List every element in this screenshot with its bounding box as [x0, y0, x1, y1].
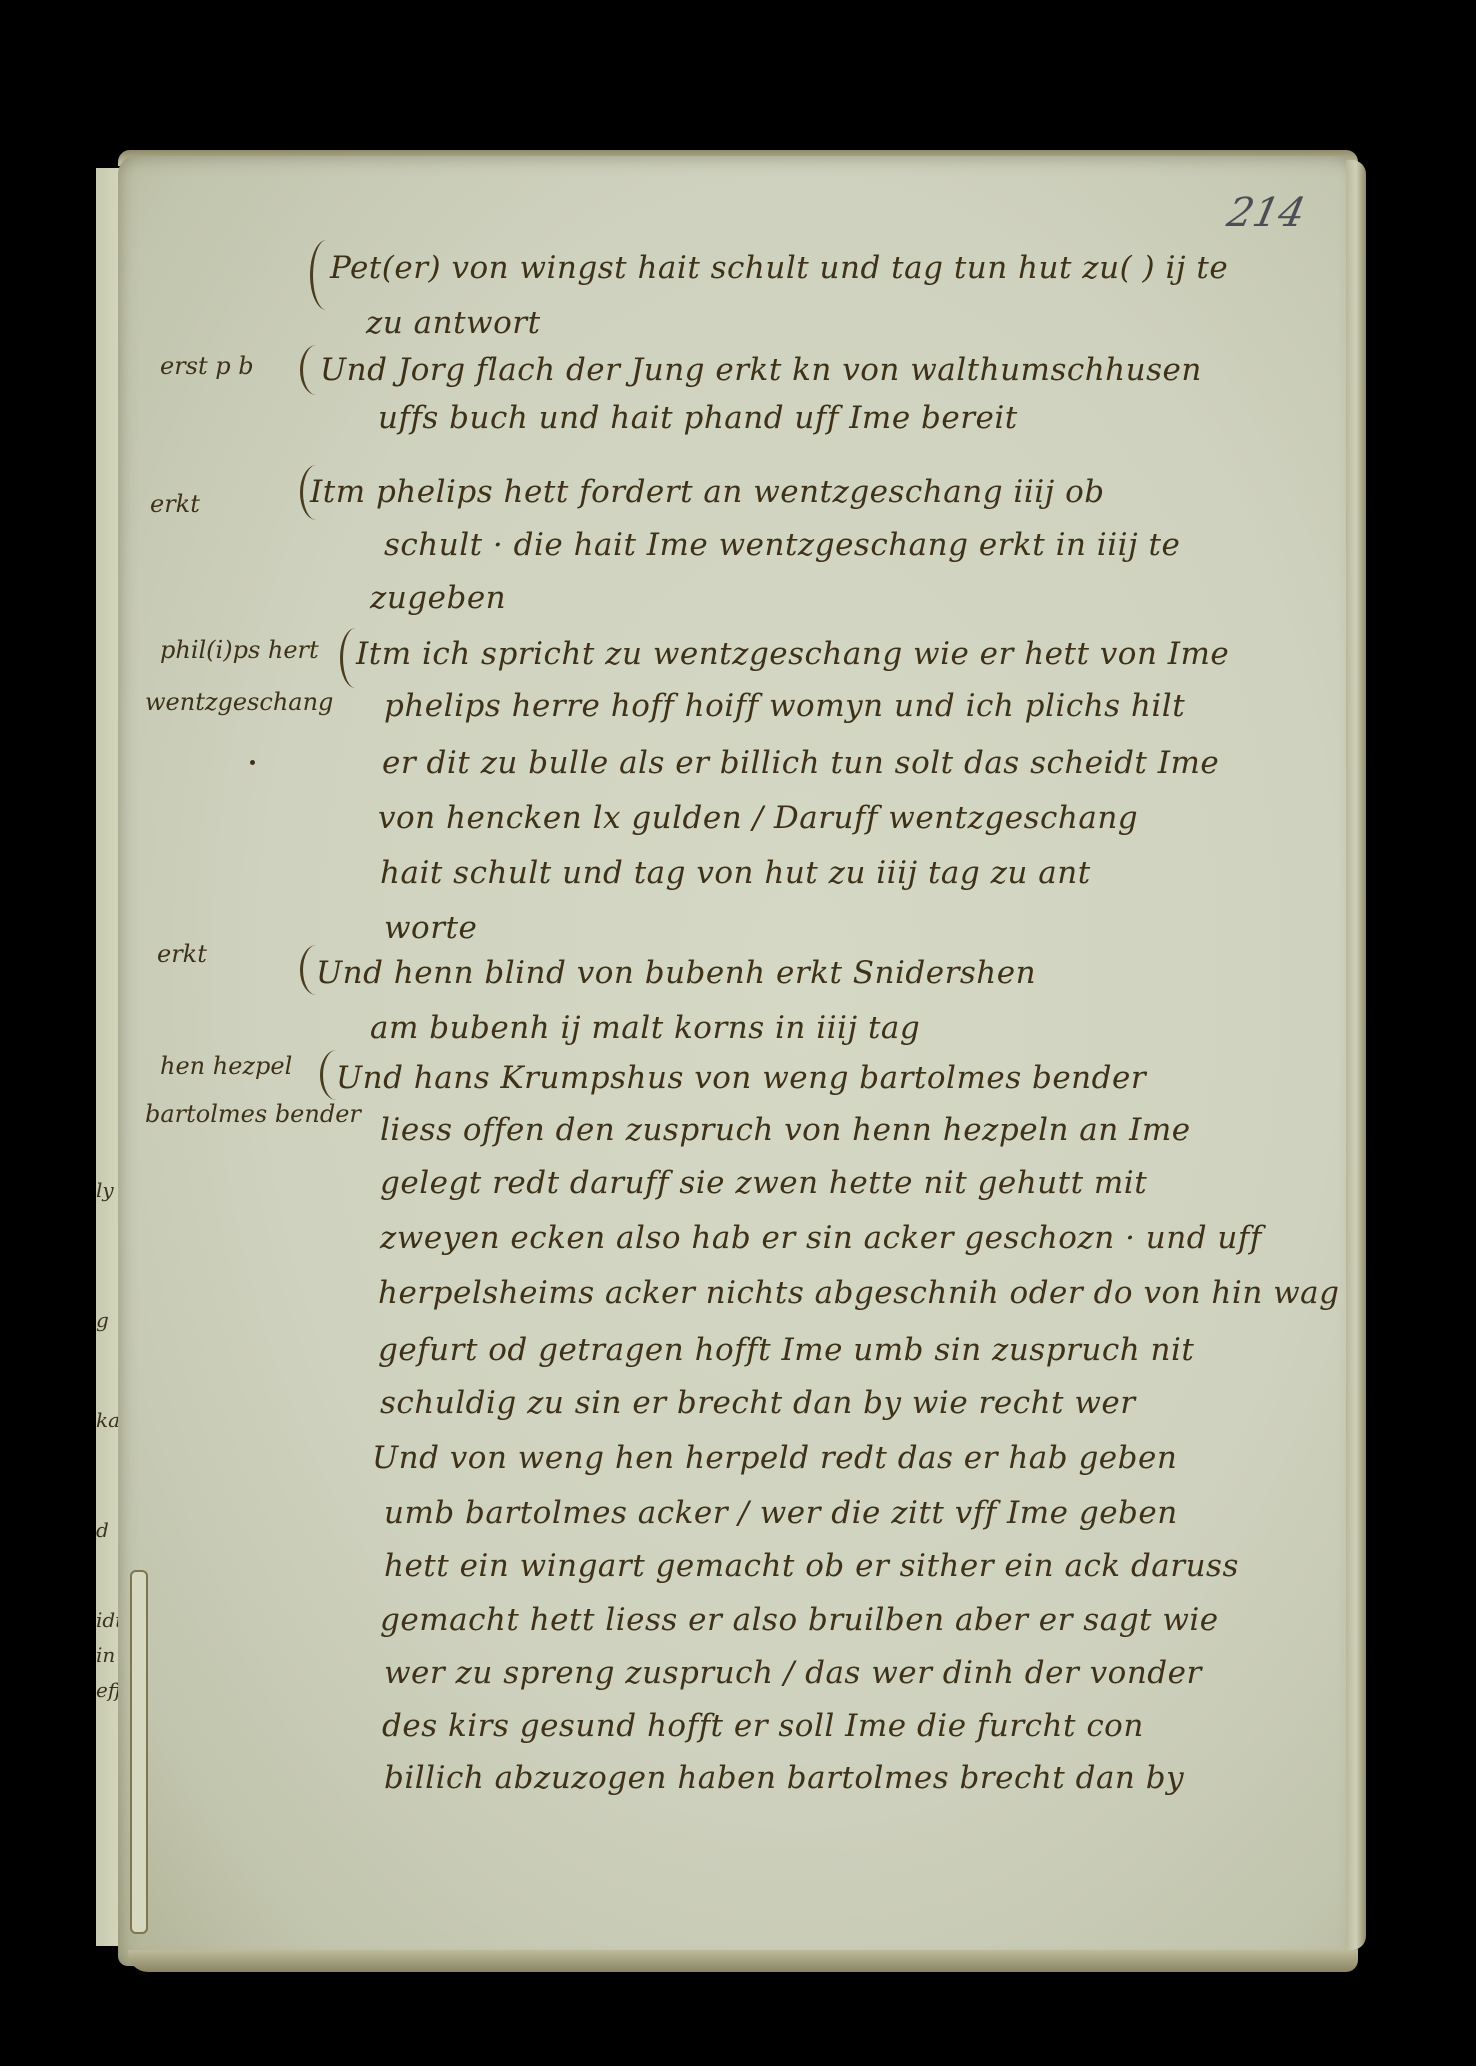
binding-gutter-strip [130, 1570, 148, 1934]
text-line: gelegt redt daruff sie zwen hette nit ge… [380, 1165, 1147, 1201]
text-line: Itm ich spricht zu wentzgeschang wie er … [356, 636, 1229, 672]
text-line: Pet(er) von wingst hait schult und tag t… [330, 250, 1228, 286]
text-line: uffs buch und hait phand uff Ime bereit [378, 400, 1018, 436]
text-line: Und Jorg flach der Jung erkt kn von walt… [320, 352, 1202, 388]
text-line: phelips herre hoff hoiff womyn und ich p… [384, 688, 1185, 724]
text-line: Und henn blind von bubenh erkt Snidershe… [316, 955, 1036, 991]
text-line: von hencken lx gulden / Daruff wentzgesc… [378, 800, 1138, 836]
text-line: zu antwort [366, 305, 541, 341]
text-line: Und von weng hen herpeld redt das er hab… [372, 1440, 1177, 1476]
margin-note: hen hezpel [160, 1052, 292, 1080]
text-line: Und hans Krumpshus von weng bartolmes be… [336, 1060, 1146, 1096]
text-line: gemacht hett liess er also bruilben aber… [380, 1602, 1219, 1638]
text-line: umb bartolmes acker / wer die zitt vff I… [384, 1495, 1178, 1531]
ink-dot [250, 760, 255, 765]
text-line: Itm phelips hett fordert an wentzgeschan… [310, 474, 1105, 510]
margin-note: bartolmes bender [145, 1100, 361, 1128]
folio-number: 214 [1223, 190, 1309, 236]
text-line: schuldig zu sin er brecht dan by wie rec… [380, 1385, 1136, 1421]
text-line: hait schult und tag von hut zu iiij tag … [380, 855, 1091, 891]
page-bottom-edge [128, 1950, 1358, 1972]
text-line: hett ein wingart gemacht ob er sither ei… [384, 1548, 1239, 1584]
text-line: des kirs gesund hofft er soll Ime die fu… [382, 1708, 1144, 1744]
text-line: billich abzuzogen haben bartolmes brecht… [384, 1760, 1184, 1796]
margin-note: wentzgeschang [145, 688, 333, 716]
text-line: zweyen ecken also hab er sin acker gesch… [380, 1220, 1262, 1256]
text-line: herpelsheims acker nichts abgeschnih ode… [378, 1275, 1340, 1311]
page-right-edge [1346, 160, 1366, 1950]
text-line: er dit zu bulle als er billich tun solt … [382, 745, 1219, 781]
margin-note: erkt [150, 490, 200, 518]
text-line: zugeben [370, 580, 506, 616]
text-line: schult · die hait Ime wentzgeschang erkt… [384, 527, 1180, 563]
margin-note: erkt [157, 940, 207, 968]
margin-note: erst p b [160, 352, 254, 380]
text-line: gefurt od getragen hofft Ime umb sin zus… [378, 1332, 1194, 1368]
text-line: liess offen den zuspruch von henn hezpel… [380, 1112, 1191, 1148]
text-line: wer zu spreng zuspruch / das wer dinh de… [384, 1655, 1202, 1691]
text-line: am bubenh ij malt korns in iiij tag [370, 1010, 920, 1046]
text-line: worte [384, 910, 477, 946]
margin-note: phil(i)ps hert [160, 636, 319, 664]
